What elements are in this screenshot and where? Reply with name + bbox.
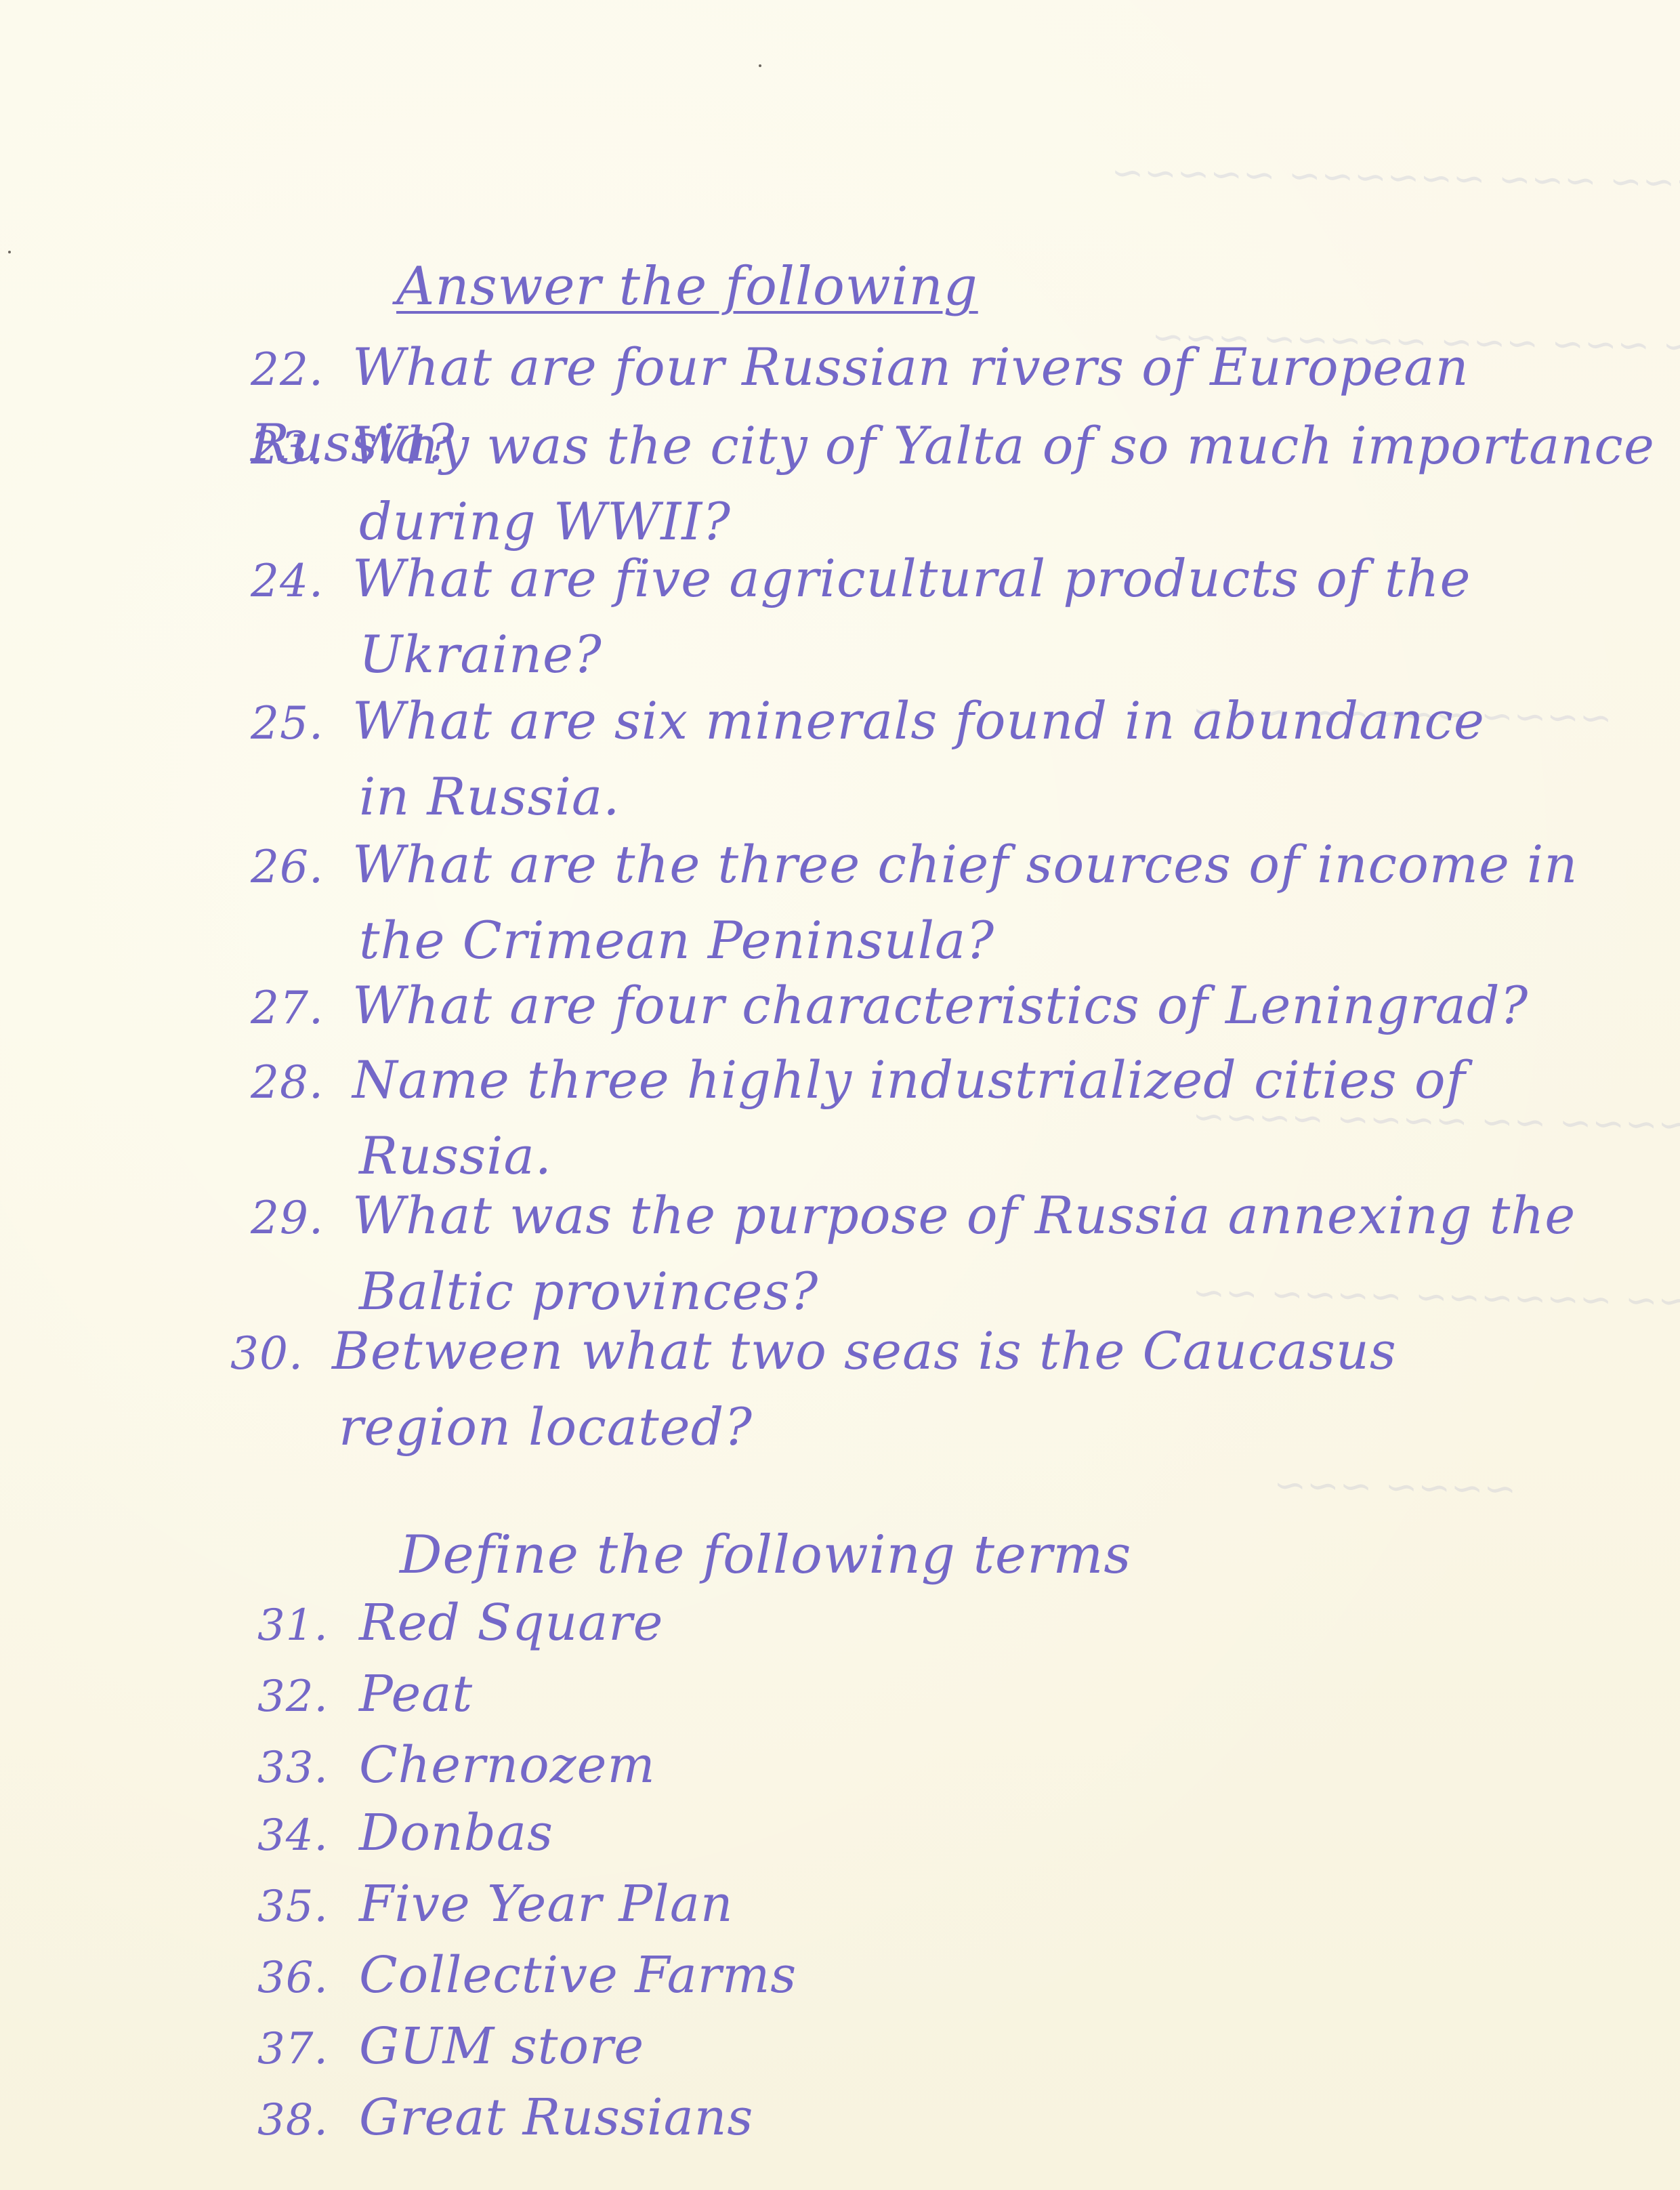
question-number: 28.	[251, 1046, 352, 1119]
dust-speck	[8, 251, 11, 253]
question-number: 26.	[251, 831, 352, 904]
term-number: 37.	[257, 2015, 359, 2083]
question-item: 27.What are four characteristics of Leni…	[251, 969, 1660, 1045]
term-number: 32.	[257, 1663, 359, 1731]
question-text: Name three highly industrialized cities …	[352, 1050, 1466, 1110]
term-text: Donbas	[359, 1804, 553, 1862]
term-item: 31.Red Square	[257, 1589, 663, 1659]
question-item: 30.Between what two seas is the Caucasus…	[230, 1315, 1639, 1464]
term-number: 31.	[257, 1592, 359, 1659]
term-item: 38.Great Russians	[257, 2084, 753, 2154]
term-number: 36.	[257, 1944, 359, 2012]
question-item: 25.What are six minerals found in abunda…	[251, 684, 1660, 833]
section-heading-answer: Answer the following	[396, 256, 978, 317]
question-text: What are the three chief sources of inco…	[352, 834, 1578, 894]
term-text: Collective Farms	[359, 1946, 797, 2004]
question-item: 24.What are five agricultural products o…	[251, 542, 1660, 691]
term-item: 36.Collective Farms	[257, 1941, 797, 2012]
term-number: 34.	[257, 1802, 359, 1869]
term-text: Chernozem	[359, 1736, 656, 1794]
term-item: 33.Chernozem	[257, 1731, 656, 1802]
question-text: What are six minerals found in abundance	[352, 690, 1485, 751]
question-text-continued: Ukraine?	[251, 618, 1660, 691]
term-text: Peat	[359, 1665, 473, 1723]
term-number: 38.	[257, 2086, 359, 2154]
question-item: 26.What are the three chief sources of i…	[251, 828, 1660, 977]
question-text: What are five agricultural products of t…	[352, 548, 1471, 608]
term-number: 35.	[257, 1873, 359, 1941]
term-item: 37.GUM store	[257, 2012, 644, 2083]
question-text: What are four characteristics of Leningr…	[352, 975, 1528, 1035]
question-text-continued: in Russia.	[251, 760, 1660, 833]
question-text: Between what two seas is the Caucasus	[332, 1321, 1397, 1381]
question-number: 30.	[230, 1317, 332, 1390]
question-item: 29.What was the purpose of Russia annexi…	[251, 1179, 1660, 1328]
term-number: 33.	[257, 1734, 359, 1802]
term-text: GUM store	[359, 2017, 644, 2075]
term-text: Five Year Plan	[359, 1875, 734, 1933]
question-text-continued: region located?	[230, 1390, 1639, 1464]
section-heading-define: Define the following terms	[400, 1525, 1131, 1586]
question-text: What was the purpose of Russia annexing …	[352, 1185, 1576, 1245]
term-item: 35.Five Year Plan	[257, 1870, 734, 1941]
question-number: 24.	[251, 545, 352, 618]
question-item: 23.Why was the city of Yalta of so much …	[251, 409, 1660, 558]
question-text: Why was the city of Yalta of so much imp…	[352, 415, 1655, 476]
term-text: Red Square	[359, 1594, 663, 1652]
question-number: 22.	[251, 333, 352, 407]
term-item: 34.Donbas	[257, 1799, 553, 1869]
question-item: 28.Name three highly industrialized citi…	[251, 1044, 1660, 1193]
question-number: 25.	[251, 687, 352, 760]
question-number: 27.	[251, 972, 352, 1045]
term-text: Great Russians	[359, 2088, 753, 2147]
question-text-continued: the Crimean Peninsula?	[251, 904, 1660, 977]
dust-speck	[759, 64, 761, 67]
question-number: 29.	[251, 1182, 352, 1255]
term-item: 32.Peat	[257, 1660, 473, 1731]
question-number: 23.	[251, 412, 352, 485]
